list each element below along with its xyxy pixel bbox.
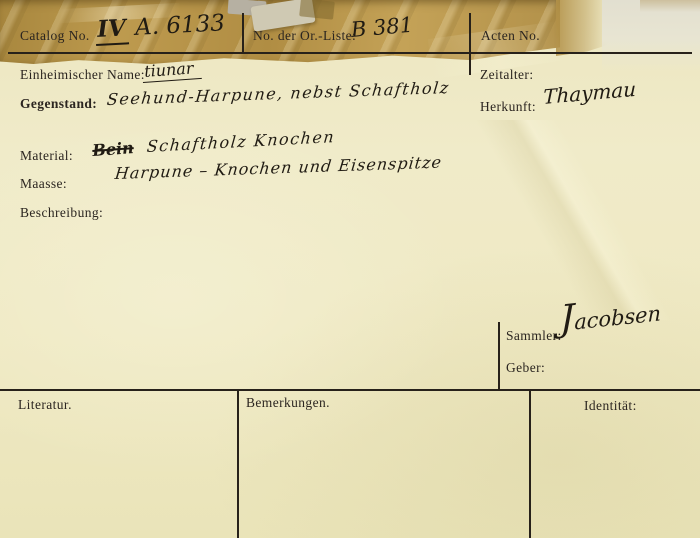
catalog-card: Catalog No. IV A. 6133 No. der Or.-Liste… <box>0 0 700 538</box>
catalog-no-label: Catalog No. <box>20 28 90 44</box>
maasse-label: Maasse: <box>20 176 67 192</box>
header-divider-1 <box>242 13 244 53</box>
material-struck-word: Bein <box>92 138 135 160</box>
catalog-no-rest: A. 6133 <box>135 10 226 41</box>
beschreibung-label: Beschreibung: <box>20 205 103 221</box>
material-label: Material: <box>20 148 73 164</box>
torn-tape-bit <box>299 0 335 20</box>
orliste-label: No. der Or.-Liste: <box>253 28 356 44</box>
tape-corner-stain <box>640 0 700 12</box>
einheimischer-name-value: tiunar <box>142 58 203 83</box>
header-divider-2 <box>469 13 471 75</box>
gegenstand-label: Gegenstand: <box>20 96 97 112</box>
paper-wrinkle <box>440 120 700 320</box>
footer-divider-2 <box>529 391 531 538</box>
literatur-label: Literatur. <box>18 397 72 413</box>
identitaet-label: Identität: <box>584 398 637 414</box>
tape-edge-fade <box>556 0 608 56</box>
bemerkungen-label: Bemerkungen. <box>246 395 330 411</box>
material-value: Schaftholz Knochen <box>146 127 336 156</box>
catalog-no-roman: IV <box>95 14 129 46</box>
herkunft-value: Thaymau <box>543 77 636 109</box>
material-value-line2: Harpune – Knochen und Eisenspitze <box>114 152 443 183</box>
einheimischer-name-label: Einheimischer Name: <box>20 67 145 83</box>
footer-rule <box>0 389 700 391</box>
footer-divider-1 <box>237 391 239 538</box>
geber-label: Geber: <box>506 360 545 376</box>
header-rule <box>8 52 692 54</box>
gegenstand-value: Seehund-Harpune, nebst Schaftholz <box>106 78 451 109</box>
collector-divider <box>498 322 500 390</box>
herkunft-label: Herkunft: <box>480 99 536 115</box>
zeitalter-label: Zeitalter: <box>480 67 533 83</box>
sammler-label: Sammler: <box>506 328 562 344</box>
acten-no-label: Acten No. <box>481 28 540 44</box>
